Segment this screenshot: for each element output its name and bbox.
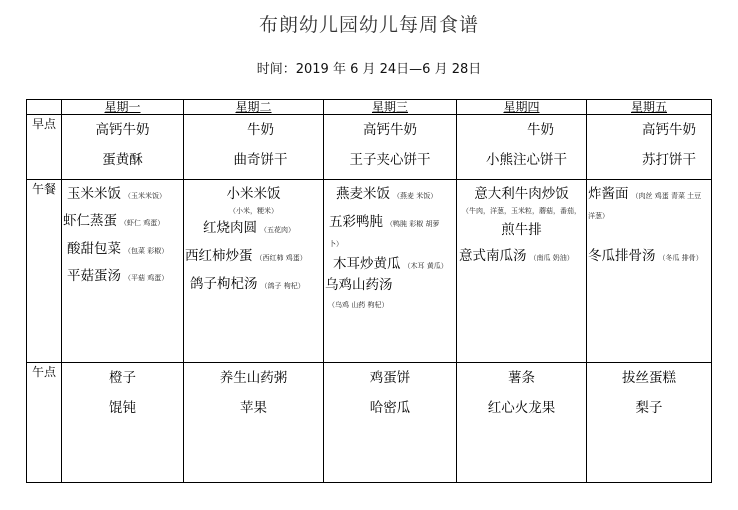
day-header-tuesday: 星期二 [184, 100, 324, 115]
dish-name: 平菇蛋汤 [67, 268, 121, 284]
snack-monday: 橙子 馄钝 [62, 363, 184, 483]
menu-item: 苹果 [184, 399, 323, 417]
menu-item: 橙子 [62, 369, 183, 387]
dish-name: 意式南瓜汤 [459, 248, 527, 264]
dish: 鸽子枸杞汤（鸽子 枸杞） [184, 275, 323, 295]
menu-item: 小熊注心饼干 [457, 151, 586, 169]
menu-item: 拔丝蛋糕 [587, 369, 711, 387]
day-header-monday: 星期一 [62, 100, 184, 115]
lunch-thursday: 意大利牛肉炒饭 （牛肉，洋葱，玉米粒，蘑菇，番茄， 煎牛排 意式南瓜汤（南瓜 奶… [457, 180, 587, 363]
lunch-wednesday: 燕麦米饭（燕麦 米饭） 五彩鸭肫（鸭肫 彩椒 胡萝卜） 木耳炒黄瓜（木耳 黄瓜）… [324, 180, 457, 363]
dish-ingredients: （鸽子 枸杞） [261, 282, 305, 290]
dish: 酸甜包菜（包菜 彩椒） [62, 240, 183, 260]
dish-ingredients: （冬瓜 排骨） [659, 254, 703, 262]
dish: 乌鸡山药汤（乌鸡 山药 枸杞） [324, 276, 453, 314]
breakfast-thursday: 牛奶 小熊注心饼干 [457, 115, 587, 180]
snack-wednesday: 鸡蛋饼 哈密瓜 [324, 363, 457, 483]
menu-item: 养生山药粥 [184, 369, 323, 387]
row-label-snack: 午点 [27, 363, 62, 483]
weekly-menu-table: 星期一 星期二 星期三 星期四 星期五 早点 高钙牛奶 蛋黄酥 牛奶 曲奇饼干 … [26, 99, 712, 483]
breakfast-monday: 高钙牛奶 蛋黄酥 [62, 115, 184, 180]
dish-name: 意大利牛肉炒饭 [457, 185, 586, 203]
dish: 五彩鸭肫（鸭肫 彩椒 胡萝卜） [324, 213, 449, 253]
menu-item: 苏打饼干 [587, 151, 711, 169]
dish: 炸酱面（肉丝 鸡蛋 青菜 土豆 洋葱） [587, 185, 710, 225]
dish-ingredients: （虾仁 鸡蛋） [120, 219, 164, 227]
dish: 西红柿炒蛋（西红柿 鸡蛋） [184, 247, 323, 267]
dish-name: 玉米米饭 [67, 186, 121, 202]
breakfast-wednesday: 高钙牛奶 王子夹心饼干 [324, 115, 457, 180]
row-label-breakfast: 早点 [27, 115, 62, 180]
dish-ingredients: （牛肉，洋葱，玉米粒，蘑菇，番茄， [457, 205, 586, 217]
dish-name: 煎牛排 [457, 221, 586, 239]
menu-item: 高钙牛奶 [62, 121, 183, 139]
day-header-friday: 星期五 [587, 100, 712, 115]
dish-ingredients: （五花肉） [260, 226, 295, 234]
menu-item: 高钙牛奶 [587, 121, 711, 139]
dish: 玉米米饭（玉米米饭） [62, 185, 183, 205]
date-range: 时间：2019 年 6 月 24日—6 月 28日 [0, 58, 738, 77]
dish-ingredients: （南瓜 奶油） [530, 254, 574, 262]
dish-name: 冬瓜排骨汤 [588, 248, 656, 264]
dish-name: 红烧肉圆 [203, 220, 257, 236]
menu-item: 梨子 [587, 399, 711, 417]
dish-ingredients: （包菜 彩椒） [124, 247, 168, 255]
breakfast-tuesday: 牛奶 曲奇饼干 [184, 115, 324, 180]
dish-name: 乌鸡山药汤 [325, 277, 393, 293]
breakfast-row: 早点 高钙牛奶 蛋黄酥 牛奶 曲奇饼干 高钙牛奶 王子夹心饼干 牛奶 小熊注心饼… [27, 115, 712, 180]
menu-item: 高钙牛奶 [324, 121, 456, 139]
dish-name: 五彩鸭肫 [329, 214, 383, 230]
dish-ingredients: （乌鸡 山药 枸杞） [328, 301, 388, 309]
day-header-wednesday: 星期三 [324, 100, 457, 115]
menu-item: 牛奶 [184, 121, 323, 139]
menu-item: 红心火龙果 [457, 399, 586, 417]
corner-cell [27, 100, 62, 115]
dish-name: 木耳炒黄瓜 [333, 256, 401, 272]
dish-name: 西红柿炒蛋 [185, 248, 253, 264]
dish-name: 鸽子枸杞汤 [190, 276, 258, 292]
dish-name: 虾仁蒸蛋 [63, 213, 117, 229]
menu-item: 牛奶 [457, 121, 586, 139]
lunch-tuesday: 小米米饭 （小米，粳米） 红烧肉圆（五花肉） 西红柿炒蛋（西红柿 鸡蛋） 鸽子枸… [184, 180, 324, 363]
dish-ingredients: （西红柿 鸡蛋） [256, 254, 307, 262]
snack-friday: 拔丝蛋糕 梨子 [587, 363, 712, 483]
menu-item: 鸡蛋饼 [324, 369, 456, 387]
menu-item: 蛋黄酥 [62, 151, 183, 169]
page-title: 布朗幼儿园幼儿每周食谱 [0, 10, 738, 37]
dish: 红烧肉圆（五花肉） [184, 219, 323, 239]
dish-name: 燕麦米饭 [336, 186, 390, 202]
snack-tuesday: 养生山药粥 苹果 [184, 363, 324, 483]
menu-item: 曲奇饼干 [184, 151, 323, 169]
dish-ingredients: （平菇 鸡蛋） [124, 274, 168, 282]
dish-ingredients: （小米，粳米） [184, 205, 323, 217]
header-row: 星期一 星期二 星期三 星期四 星期五 [27, 100, 712, 115]
row-label-lunch: 午餐 [27, 180, 62, 363]
dish: 意式南瓜汤（南瓜 奶油） [457, 247, 586, 267]
menu-item: 薯条 [457, 369, 586, 387]
lunch-monday: 玉米米饭（玉米米饭） 虾仁蒸蛋（虾仁 鸡蛋） 酸甜包菜（包菜 彩椒） 平菇蛋汤（… [62, 180, 184, 363]
snack-row: 午点 橙子 馄钝 养生山药粥 苹果 鸡蛋饼 哈密瓜 薯条 红心火龙果 拔丝蛋糕 … [27, 363, 712, 483]
dish-name: 炸酱面 [588, 186, 629, 202]
dish: 虾仁蒸蛋（虾仁 鸡蛋） [62, 212, 183, 232]
dish-name: 酸甜包菜 [67, 241, 121, 257]
dish: 平菇蛋汤（平菇 鸡蛋） [62, 267, 183, 287]
dish: 冬瓜排骨汤（冬瓜 排骨） [587, 247, 711, 267]
dish: 燕麦米饭（燕麦 米饭） [324, 185, 456, 205]
dish-ingredients: （燕麦 米饭） [393, 192, 437, 200]
lunch-friday: 炸酱面（肉丝 鸡蛋 青菜 土豆 洋葱） 冬瓜排骨汤（冬瓜 排骨） [587, 180, 712, 363]
menu-item: 馄钝 [62, 399, 183, 417]
menu-item: 哈密瓜 [324, 399, 456, 417]
day-header-thursday: 星期四 [457, 100, 587, 115]
lunch-row: 午餐 玉米米饭（玉米米饭） 虾仁蒸蛋（虾仁 鸡蛋） 酸甜包菜（包菜 彩椒） 平菇… [27, 180, 712, 363]
menu-item: 王子夹心饼干 [324, 151, 456, 169]
dish-name: 小米米饭 [184, 185, 323, 203]
dish: 木耳炒黄瓜（木耳 黄瓜） [324, 255, 456, 275]
dish-ingredients: （玉米米饭） [124, 192, 166, 200]
snack-thursday: 薯条 红心火龙果 [457, 363, 587, 483]
dish-ingredients: （木耳 黄瓜） [404, 262, 448, 270]
breakfast-friday: 高钙牛奶 苏打饼干 [587, 115, 712, 180]
